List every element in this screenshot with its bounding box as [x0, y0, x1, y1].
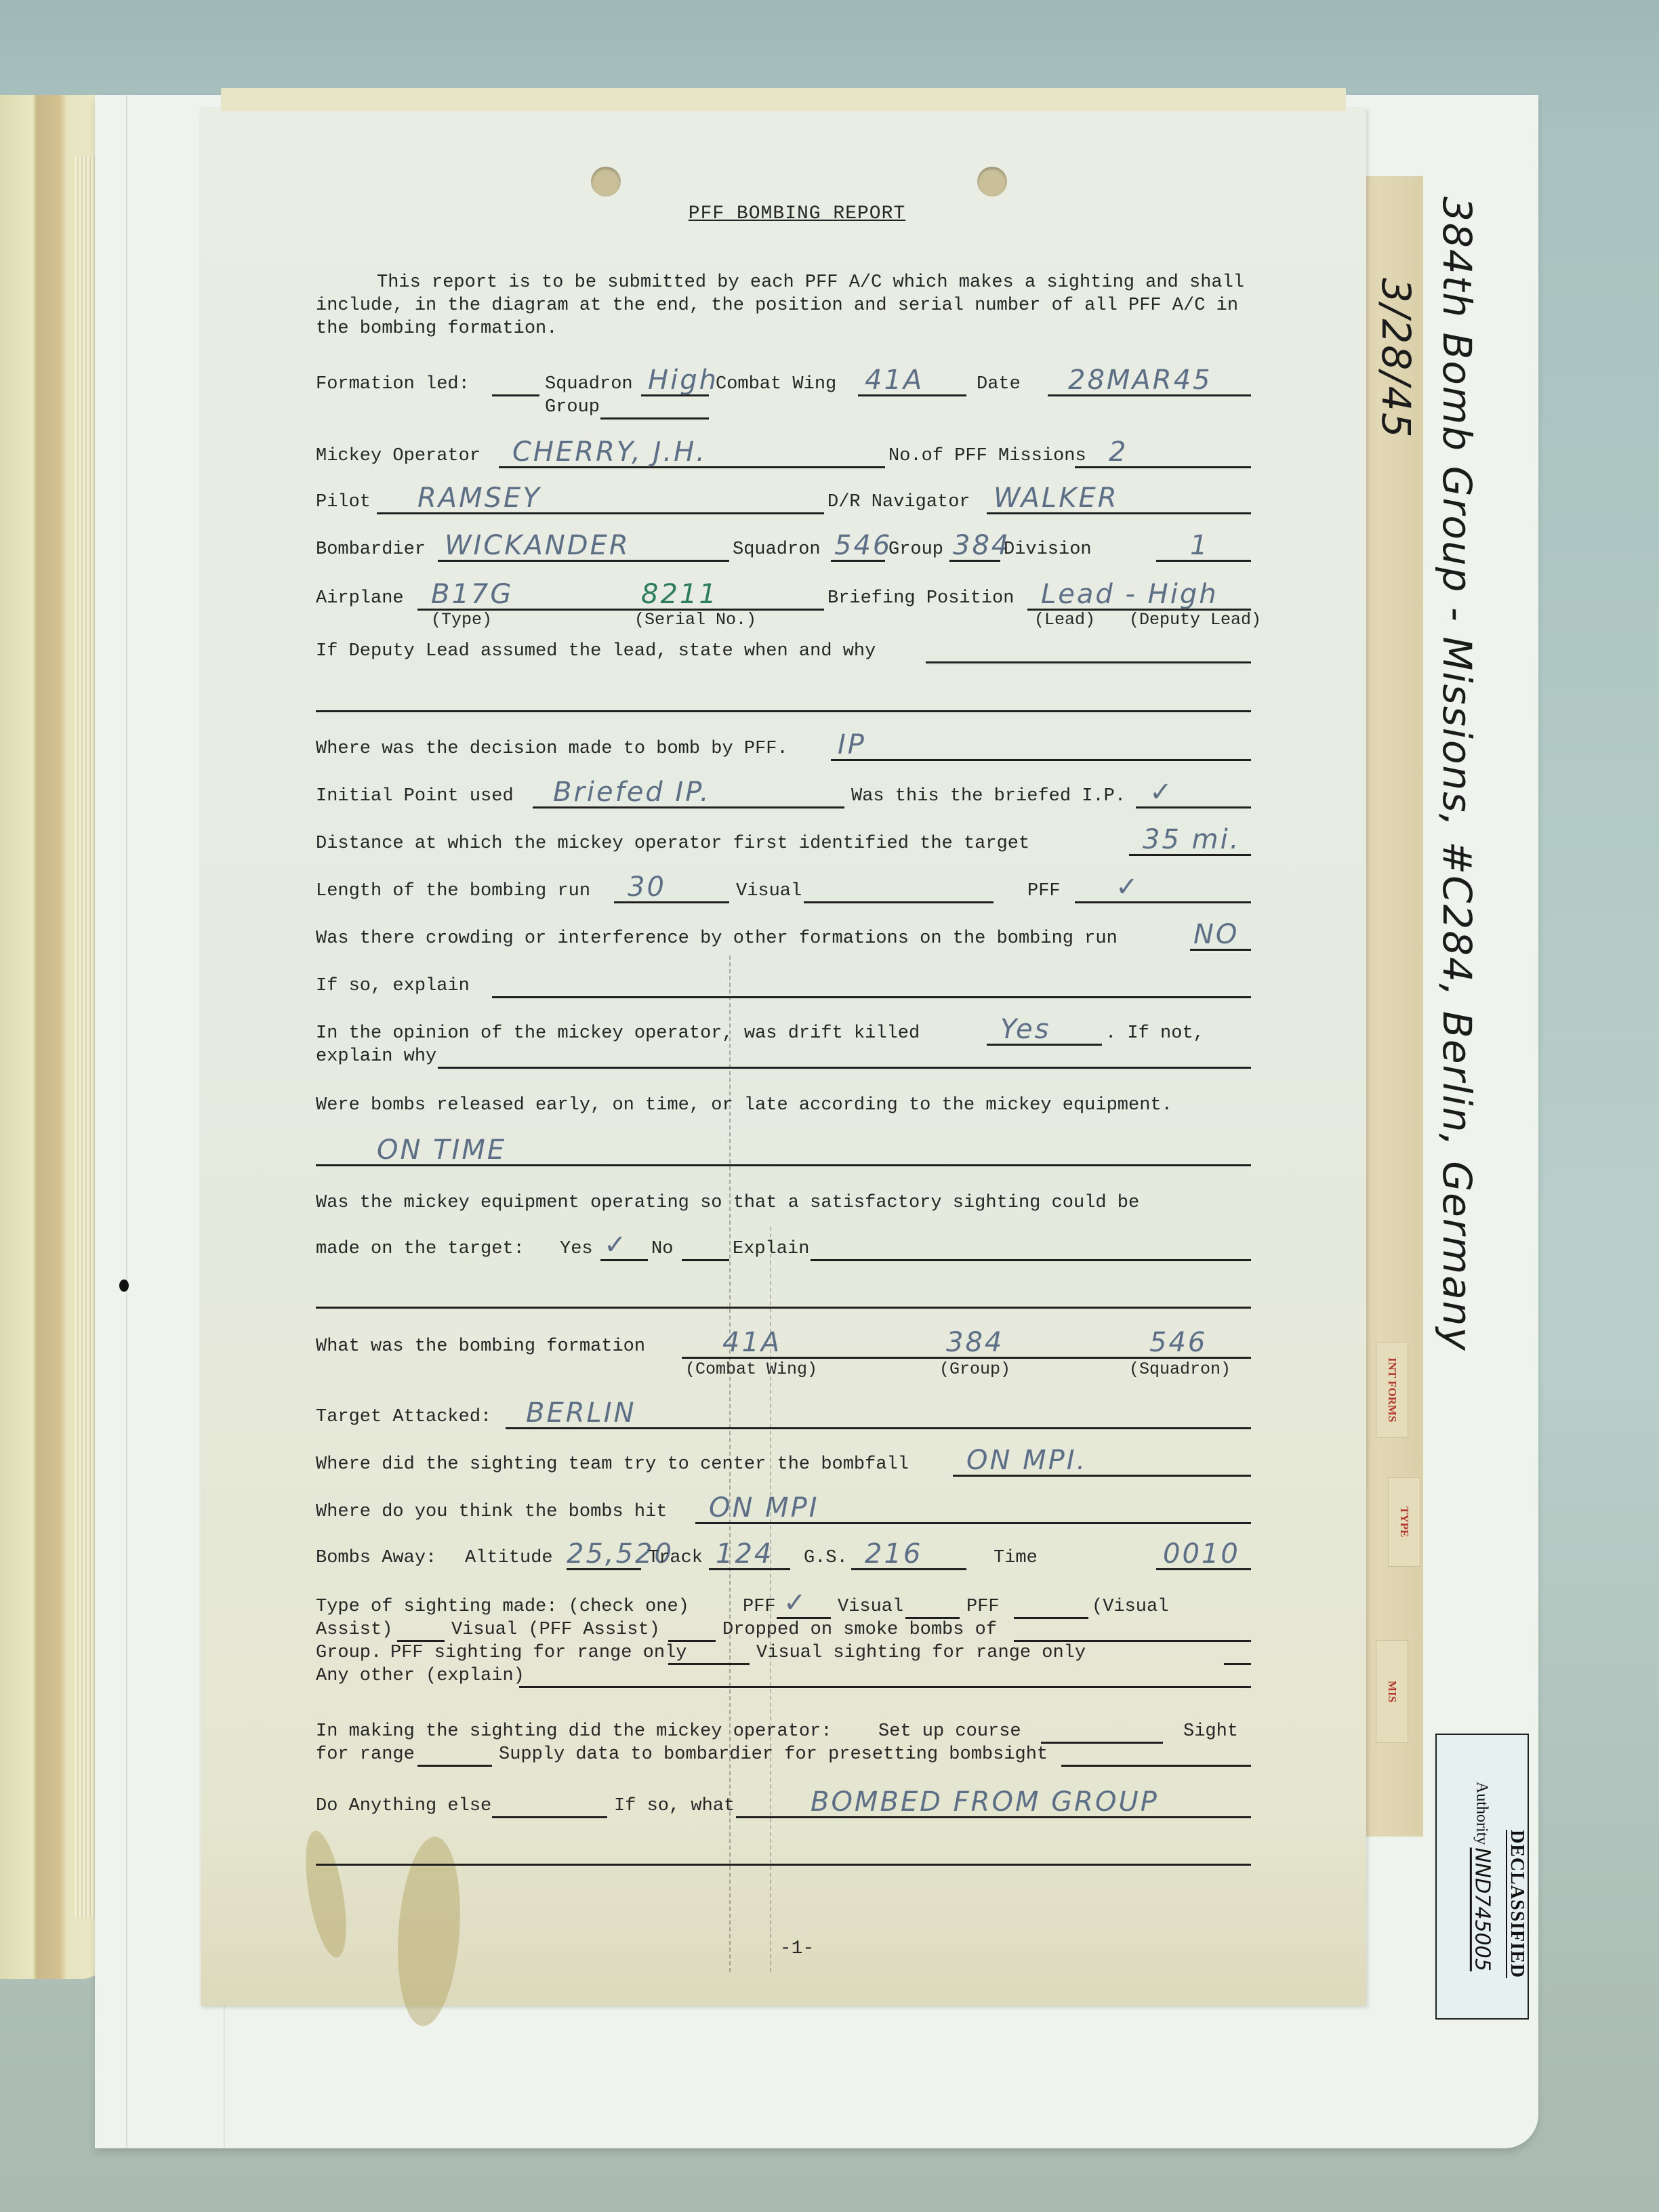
yes-field[interactable]: ✓ — [600, 1239, 648, 1261]
deputy-lead-label: If Deputy Lead assumed the lead, state w… — [316, 641, 876, 661]
bombardier-squadron-label: Squadron — [733, 539, 821, 560]
division-label: Division — [1004, 539, 1092, 560]
assist-field[interactable] — [397, 1620, 445, 1642]
anything-else-field[interactable] — [492, 1796, 607, 1818]
anything-else-label: Do Anything else — [316, 1796, 491, 1816]
pilot-label: Pilot — [316, 492, 371, 512]
airplane-captions-row: (Type) (Serial No.) (Lead) (Deputy Lead) — [316, 610, 1278, 640]
pff-label: PFF — [1027, 881, 1061, 901]
equipment-label-2: made on the target: — [316, 1239, 525, 1259]
altitude-field[interactable]: 25,520 — [567, 1548, 641, 1570]
bombing-run-field[interactable]: 30 — [614, 881, 729, 903]
pff-missions-label: No.of PFF Missions — [888, 446, 1086, 466]
stamp-title: DECLASSIFIED — [1437, 1830, 1528, 1978]
other-field[interactable] — [519, 1666, 1251, 1688]
declassified-stamp: DECLASSIFIED Authority NND745005 — [1435, 1734, 1529, 2020]
making-sighting-row-2: for range Supply data to bombardier for … — [316, 1744, 1278, 1774]
bombing-formation-squadron-value: 546 — [1149, 1327, 1207, 1358]
group-label: Group — [545, 397, 600, 417]
explain-label: Explain — [733, 1239, 809, 1259]
bombs-away-row: Bombs Away: Altitude 25,520 Track 124 G.… — [316, 1548, 1278, 1578]
report-intro: This report is to be submitted by each P… — [316, 271, 1265, 340]
report-page: PFF BOMBING REPORT This report is to be … — [201, 108, 1366, 2006]
other-label: Any other (explain) — [316, 1666, 525, 1686]
no-field[interactable] — [682, 1239, 729, 1261]
distance-value: 35 mi. — [1143, 824, 1240, 855]
bombing-run-value: 30 — [628, 872, 666, 903]
sighting-pff-visual-label: PFF — [966, 1597, 1000, 1617]
drift-field[interactable]: Yes — [987, 1023, 1102, 1046]
for-range-field[interactable] — [417, 1744, 492, 1767]
group-field[interactable] — [600, 397, 709, 419]
visual-field[interactable] — [804, 881, 994, 903]
if-so-what-value: BOMBED FROM GROUP — [811, 1786, 1159, 1818]
bombardier-value: WICKANDER — [445, 530, 630, 561]
folder-tab[interactable]: INT FORMS — [1376, 1342, 1408, 1438]
punch-hole — [591, 167, 621, 197]
no-label: No — [651, 1239, 673, 1259]
squadron-caption: (Squadron) — [1129, 1359, 1231, 1379]
release-label: Were bombs released early, on time, or l… — [316, 1095, 1172, 1115]
anything-else-row-2 — [316, 1843, 1278, 1873]
bombardier-label: Bombardier — [316, 539, 426, 560]
briefing-position-label: Briefing Position — [827, 588, 1014, 609]
combat-wing-field[interactable]: 41A — [858, 374, 966, 396]
gs-value: 216 — [865, 1538, 922, 1570]
initial-point-label: Initial Point used — [316, 786, 514, 806]
date-value: 28MAR45 — [1068, 365, 1212, 396]
release-field[interactable]: ON TIME — [316, 1144, 1251, 1166]
drift-suffix: . If not, — [1105, 1023, 1204, 1044]
bombing-formation-field[interactable]: 41A 384 546 — [682, 1336, 1251, 1359]
yes-checkmark: ✓ — [604, 1229, 629, 1261]
yes-label: Yes — [560, 1239, 593, 1259]
combat-wing-caption: (Combat Wing) — [685, 1359, 817, 1379]
drift-label: In the opinion of the mickey operator, w… — [316, 1023, 920, 1044]
target-row: Target Attacked: BERLIN — [316, 1407, 1278, 1437]
bombs-hit-field[interactable]: ON MPI — [695, 1502, 1251, 1524]
date-field[interactable]: 28MAR45 — [1048, 374, 1251, 396]
squadron-label: Squadron — [545, 374, 633, 394]
briefed-ip-field[interactable]: ✓ — [1136, 786, 1251, 808]
supply-data-label: Supply data to bombardier for presetting… — [499, 1744, 1048, 1765]
deputy-lead-field-2[interactable] — [316, 690, 1251, 712]
deputy-lead-field[interactable] — [926, 641, 1251, 663]
sight-label: Sight — [1183, 1721, 1238, 1742]
distance-label: Distance at which the mickey operator fi… — [316, 834, 1029, 854]
airplane-serial-value: 8211 — [641, 579, 718, 610]
squadron-value: High — [648, 365, 718, 396]
sighting-visual-field[interactable] — [905, 1597, 960, 1619]
lead-caption: (Lead) — [1034, 610, 1095, 630]
if-so-row: If so, explain — [316, 976, 1278, 1006]
crowding-field[interactable]: NO — [1190, 928, 1251, 951]
bombing-formation-label: What was the bombing formation — [316, 1336, 645, 1357]
briefed-ip-checkmark: ✓ — [1149, 777, 1174, 808]
briefing-position-value: Lead - High — [1041, 579, 1218, 610]
smoke-bombs-label: Dropped on smoke bombs of — [722, 1620, 997, 1640]
equipment-label: Was the mickey equipment operating so th… — [316, 1193, 1139, 1213]
sighting-type-label: Type of sighting made: (check one) — [316, 1597, 689, 1617]
gs-field[interactable]: 216 — [851, 1548, 966, 1570]
airplane-type-value: B17G — [431, 579, 513, 610]
sighting-pff-checkmark: ✓ — [783, 1587, 808, 1618]
pff-field[interactable]: ✓ — [1075, 881, 1251, 903]
deputy-lead-row-2 — [316, 690, 1278, 720]
bombardier-squadron-value: 546 — [834, 530, 892, 561]
drift-explain-field[interactable] — [438, 1046, 1251, 1069]
assist-label: Assist) — [316, 1620, 392, 1640]
making-sighting-label: In making the sighting did the mickey op… — [316, 1721, 832, 1742]
sighting-pff-label: PFF — [743, 1597, 776, 1617]
initial-point-row: Initial Point used Briefed IP. Was this … — [316, 786, 1278, 816]
briefed-ip-label: Was this the briefed I.P. — [851, 786, 1126, 806]
drift-explain-row: explain why — [316, 1046, 1278, 1076]
sighting-visual-label: Visual — [838, 1597, 903, 1617]
folder-spine-label: 384th Bomb Group - Missions, #C284, Berl… — [1427, 197, 1488, 1525]
bombardier-squadron-field[interactable]: 546 — [831, 539, 885, 562]
dr-navigator-label: D/R Navigator — [827, 492, 970, 512]
if-so-what-field[interactable]: BOMBED FROM GROUP — [736, 1796, 1251, 1818]
folder-crease — [126, 95, 127, 2148]
distance-row: Distance at which the mickey operator fi… — [316, 834, 1278, 863]
crowding-row: Was there crowding or interference by ot… — [316, 928, 1278, 958]
decision-field[interactable]: IP — [831, 739, 1251, 761]
visual-pff-assist-field[interactable] — [668, 1620, 716, 1642]
sighting-pff-field[interactable]: ✓ — [777, 1597, 831, 1619]
smoke-bombs-field[interactable] — [1014, 1620, 1251, 1642]
bombs-hit-value: ON MPI — [709, 1492, 819, 1523]
page-number: -1- — [316, 1938, 1278, 1959]
sighting-type-row-4: Any other (explain) — [316, 1666, 1278, 1696]
group-row: Group — [316, 397, 1278, 427]
bombs-hit-row: Where do you think the bombs hit ON MPI — [316, 1502, 1278, 1532]
mickey-operator-label: Mickey Operator — [316, 446, 480, 466]
visual-label: Visual — [736, 881, 802, 901]
bombardier-field[interactable]: WICKANDER — [438, 539, 729, 562]
supply-data-field[interactable] — [1061, 1744, 1251, 1767]
folder-tab[interactable]: TYPE — [1388, 1477, 1420, 1567]
bombardier-group-field[interactable]: 384 — [949, 539, 1000, 562]
pilot-value: RAMSEY — [417, 483, 541, 514]
equipment-row: Was the mickey equipment operating so th… — [316, 1193, 1278, 1223]
pff-range-label: PFF sighting for range only — [390, 1643, 687, 1663]
bombing-formation-group-value: 384 — [946, 1327, 1004, 1358]
if-so-field[interactable] — [492, 976, 1251, 998]
anything-else-field-2[interactable] — [316, 1843, 1251, 1866]
report-title: PFF BOMBING REPORT — [316, 203, 1278, 224]
deputy-lead-caption: (Deputy Lead) — [1129, 610, 1261, 630]
visual-range-field[interactable] — [1224, 1643, 1251, 1665]
binder-hole — [119, 1279, 129, 1292]
release-row: Were bombs released early, on time, or l… — [316, 1095, 1278, 1125]
left-page-stack — [0, 95, 108, 1979]
formation-blank — [492, 374, 539, 396]
center-bombfall-row: Where did the sighting team try to cente… — [316, 1454, 1278, 1484]
combat-wing-label: Combat Wing — [716, 374, 836, 394]
pff-range-field[interactable] — [668, 1643, 750, 1665]
target-field[interactable]: BERLIN — [506, 1407, 1251, 1429]
mickey-operator-value: CHERRY, J.H. — [512, 436, 707, 468]
pff-missions-field[interactable]: 2 — [1075, 446, 1251, 468]
serial-caption: (Serial No.) — [634, 610, 756, 630]
if-so-what-label: If so, what — [614, 1796, 735, 1816]
bombing-formation-captions: (Combat Wing) (Group) (Squadron) — [316, 1359, 1278, 1389]
visual-range-label: Visual sighting for range only — [756, 1643, 1086, 1663]
time-value: 0010 — [1163, 1538, 1240, 1570]
decision-row: Where was the decision made to bomb by P… — [316, 739, 1278, 769]
time-field[interactable]: 0010 — [1156, 1548, 1251, 1570]
target-label: Target Attacked: — [316, 1407, 491, 1427]
distance-field[interactable]: 35 mi. — [1129, 834, 1251, 856]
setup-course-field[interactable] — [1041, 1721, 1163, 1744]
initial-point-value: Briefed IP. — [553, 777, 711, 808]
spine-label-text: 384th Bomb Group - Missions, #C284, Berl… — [1434, 197, 1480, 1352]
date-label: Date — [977, 374, 1021, 394]
division-field[interactable]: 1 — [1156, 539, 1251, 562]
squadron-field[interactable]: High — [641, 374, 709, 396]
folder-tab[interactable]: MIS — [1376, 1640, 1408, 1743]
visual-pff-assist-label: Visual (PFF Assist) — [451, 1620, 660, 1640]
mickey-operator-row: Mickey Operator CHERRY, J.H. No.of PFF M… — [316, 446, 1278, 476]
decision-label: Where was the decision made to bomb by P… — [316, 739, 788, 759]
center-bombfall-field[interactable]: ON MPI. — [953, 1454, 1251, 1477]
release-answer-row: ON TIME — [316, 1144, 1278, 1174]
bombs-away-label: Bombs Away: — [316, 1548, 436, 1568]
bombing-formation-wing-value: 41A — [722, 1327, 781, 1358]
group-caption: (Group) — [939, 1359, 1010, 1379]
formation-label: Formation led: — [316, 374, 470, 394]
center-bombfall-label: Where did the sighting team try to cente… — [316, 1454, 909, 1475]
visual-assist-label: (Visual — [1092, 1597, 1168, 1617]
setup-course-label: Set up course — [878, 1721, 1021, 1742]
dr-navigator-value: WALKER — [994, 483, 1119, 514]
bombing-run-label: Length of the bombing run — [316, 881, 590, 901]
bombardier-group-label: Group — [888, 539, 943, 560]
center-bombfall-value: ON MPI. — [966, 1445, 1087, 1476]
track-label: Track — [648, 1548, 703, 1568]
altitude-label: Altitude — [465, 1548, 553, 1568]
deputy-lead-row: If Deputy Lead assumed the lead, state w… — [316, 641, 1278, 671]
equipment-explain-field-2[interactable] — [316, 1286, 1251, 1309]
drift-value: Yes — [1000, 1014, 1051, 1045]
airplane-field[interactable]: B17G 8211 — [417, 588, 824, 611]
group-period-label: Group. — [316, 1643, 382, 1663]
mickey-operator-field[interactable]: CHERRY, J.H. — [499, 446, 885, 468]
airplane-label: Airplane — [316, 588, 404, 609]
bombardier-group-value: 384 — [953, 530, 1010, 561]
bombs-hit-label: Where do you think the bombs hit — [316, 1502, 667, 1522]
explain-field[interactable] — [811, 1239, 1251, 1261]
for-range-label: for range — [316, 1744, 415, 1765]
equipment-answer-row: made on the target: Yes ✓ No Explain — [316, 1239, 1278, 1269]
track-value: 124 — [716, 1538, 773, 1570]
gs-label: G.S. — [804, 1548, 848, 1568]
target-value: BERLIN — [526, 1397, 636, 1429]
dr-navigator-field[interactable]: WALKER — [987, 492, 1251, 514]
division-value: 1 — [1190, 530, 1209, 561]
release-value: ON TIME — [377, 1134, 506, 1166]
pff-checkmark: ✓ — [1115, 872, 1141, 903]
if-so-label: If so, explain — [316, 976, 470, 996]
bombardier-row: Bombardier WICKANDER Squadron 546 Group … — [316, 539, 1278, 569]
drift-explain-label: explain why — [316, 1046, 436, 1067]
type-caption: (Type) — [431, 610, 492, 630]
sighting-pff-visual-field[interactable] — [1014, 1597, 1088, 1619]
pff-missions-value: 2 — [1109, 436, 1128, 468]
track-field[interactable]: 124 — [709, 1548, 790, 1570]
spine-label-date: 3/28/45 — [1366, 278, 1427, 439]
crowding-value: NO — [1193, 919, 1239, 950]
initial-point-field[interactable]: Briefed IP. — [533, 786, 844, 808]
anything-else-row: Do Anything else If so, what BOMBED FROM… — [316, 1796, 1278, 1826]
decision-value: IP — [838, 729, 866, 760]
crowding-label: Was there crowding or interference by ot… — [316, 928, 1118, 949]
bombing-run-row: Length of the bombing run 30 Visual PFF … — [316, 881, 1278, 911]
punch-hole — [977, 167, 1007, 197]
briefing-position-field[interactable]: Lead - High — [1027, 588, 1251, 611]
pilot-row: Pilot RAMSEY D/R Navigator WALKER — [316, 492, 1278, 522]
time-label: Time — [994, 1548, 1038, 1568]
pilot-field[interactable]: RAMSEY — [377, 492, 824, 514]
equipment-explain-row-2 — [316, 1286, 1278, 1316]
combat-wing-value: 41A — [865, 365, 924, 396]
